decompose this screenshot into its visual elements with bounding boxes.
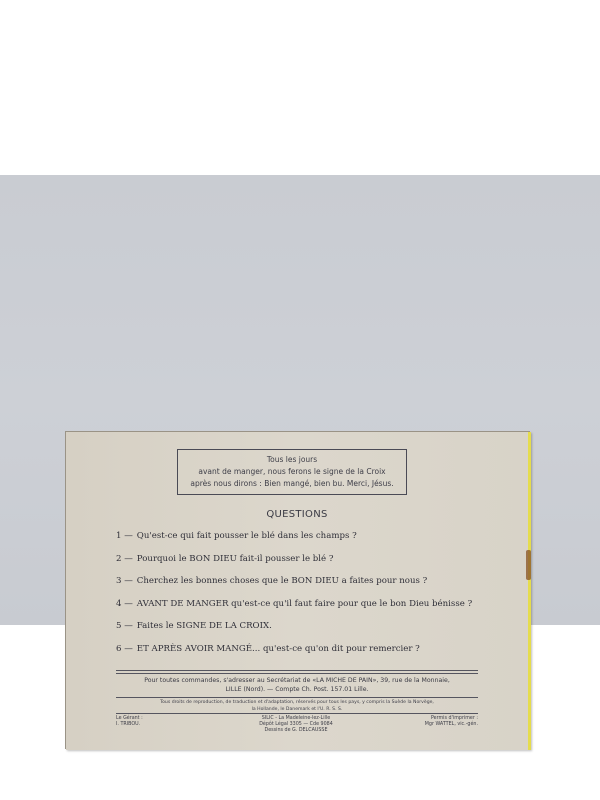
manager-credit: Le Gérant : I. TRIBOU. [116,716,143,728]
question-item: 4 —AVANT DE MANGER qu'est-ce qu'il faut … [116,599,516,622]
question-item: 1 —Qu'est-ce qui fait pousser le blé dan… [116,531,516,554]
prayer-line-1: Tous les jours [178,454,406,466]
question-item: 5 —Faites le SIGNE DE LA CROIX. [116,621,516,644]
rust-stain [526,550,531,580]
question-item: 6 —ET APRÈS AVOIR MANGÉ... qu'est-ce qu'… [116,644,516,667]
photo-background: Tous les jours avant de manger, nous fer… [0,175,600,625]
divider [116,713,478,714]
prayer-line-2: avant de manger, nous ferons le signe de… [178,466,406,478]
divider-double-bottom [116,673,478,674]
divider [116,697,478,698]
ordering-info: Pour toutes commandes, s'adresser au Sec… [116,676,478,694]
question-item: 3 —Cherchez les bonnes choses que le BON… [116,576,516,599]
printer-credit: SILIC - La Madeleine-lez-Lille Dépôt Lég… [226,716,366,734]
divider-double-top [116,670,478,671]
questions-title: QUESTIONS [66,509,528,520]
questions-list: 1 —Qu'est-ce qui fait pousser le blé dan… [116,531,516,666]
imprimatur: Permis d'imprimer : Mgr WATTEL, vic.-gén… [396,716,478,728]
prayer-box: Tous les jours avant de manger, nous fer… [177,449,407,495]
prayer-line-3: après nous dirons : Bien mangé, bien bu.… [178,478,406,490]
rights-notice: Tous droits de reproduction, de traducti… [116,700,478,713]
question-item: 2 —Pourquoi le BON DIEU fait-il pousser … [116,554,516,577]
booklet-back-cover: Tous les jours avant de manger, nous fer… [66,432,531,750]
